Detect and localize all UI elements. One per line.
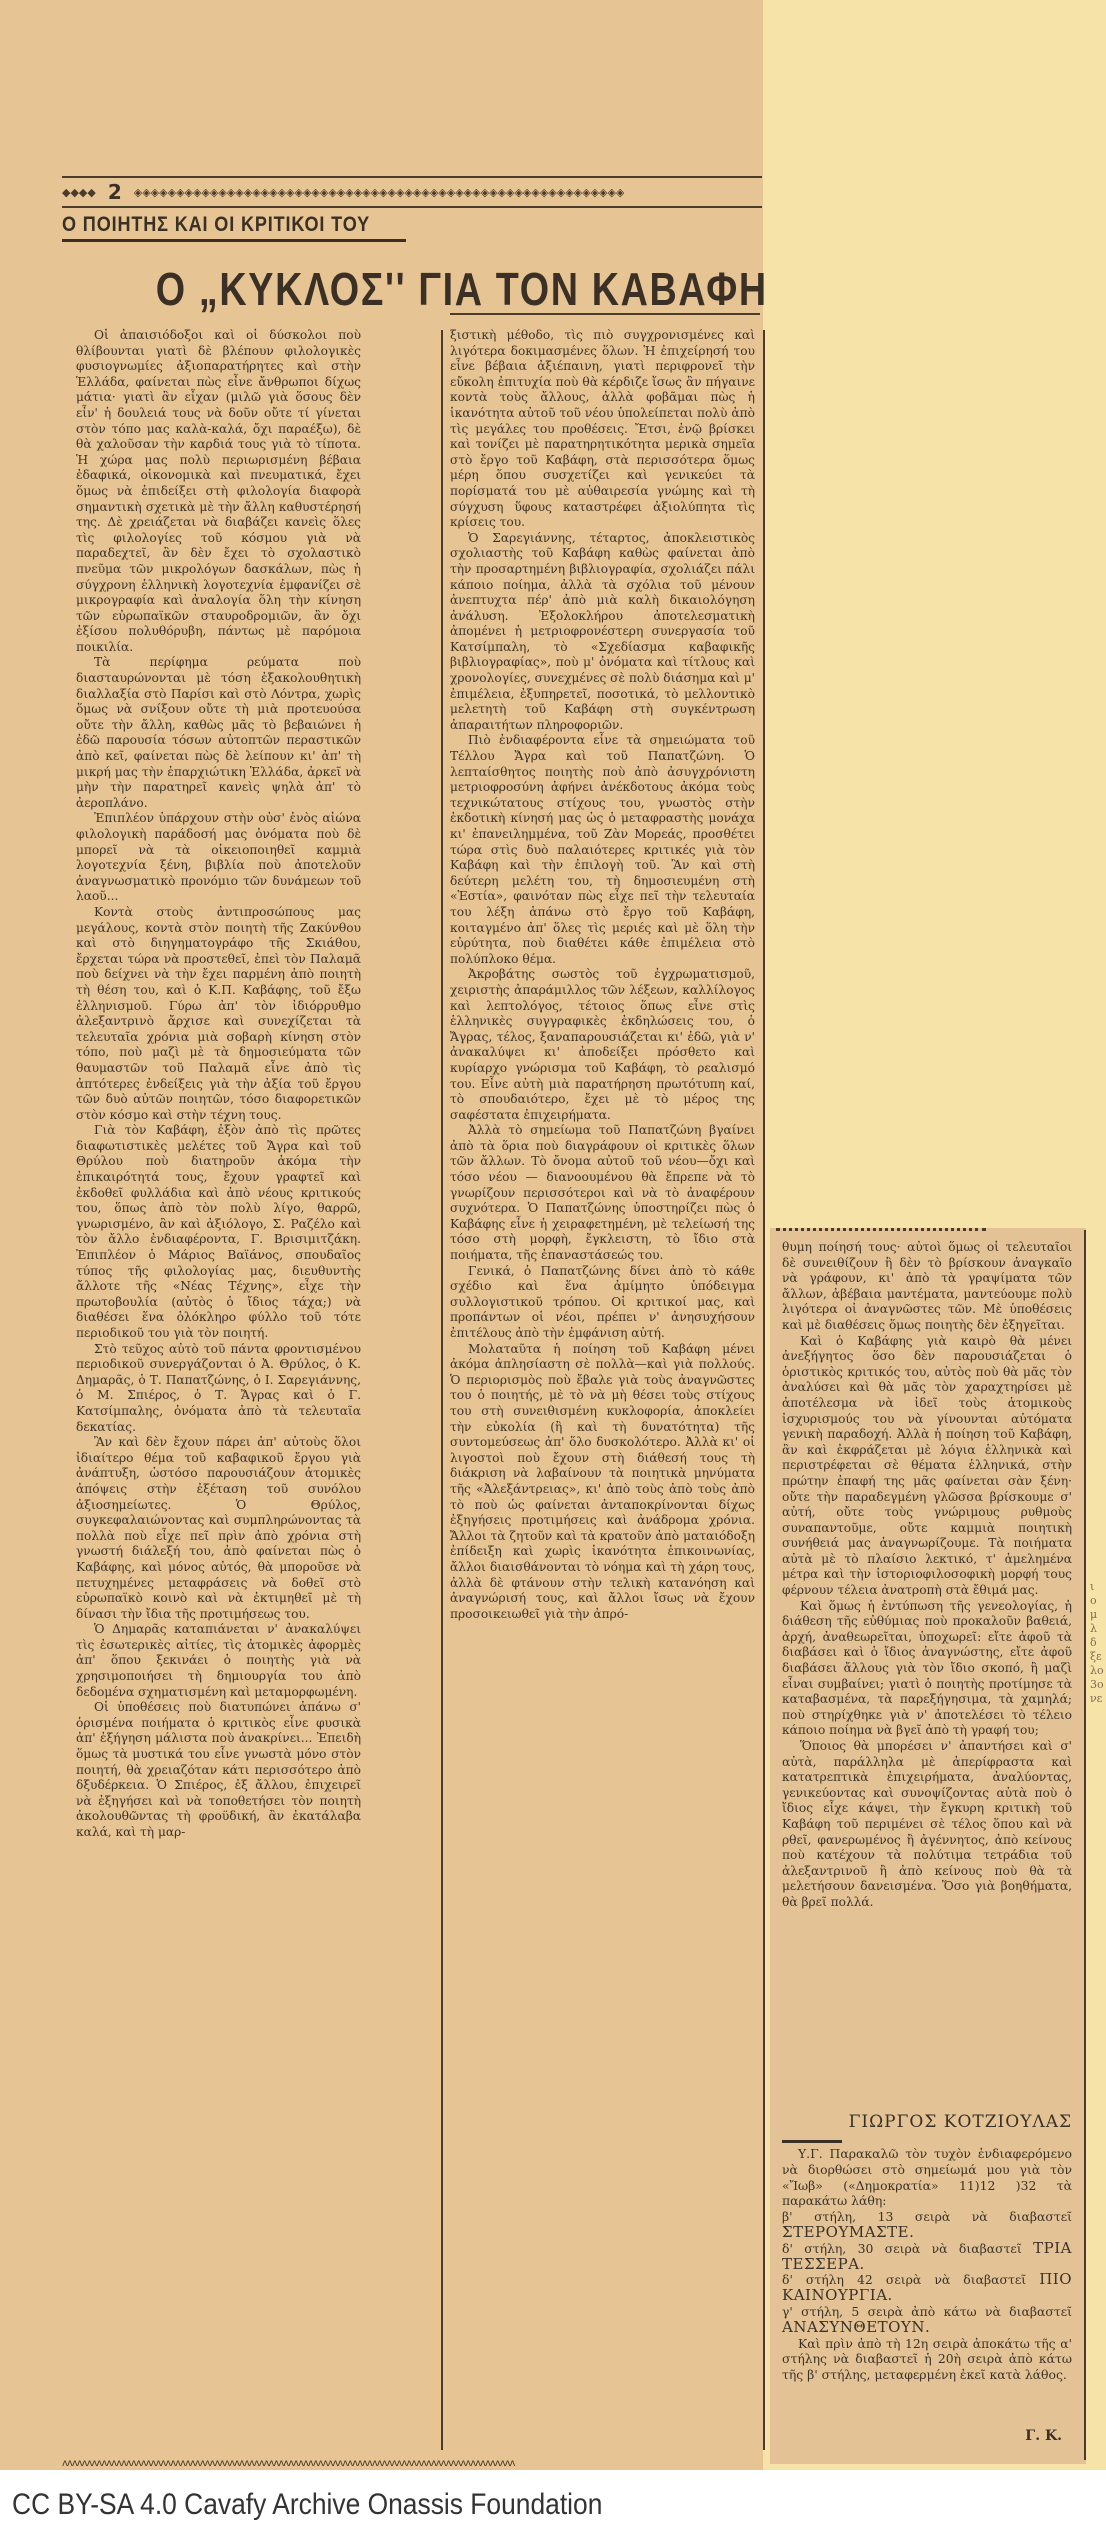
paragraph: Οἱ ὑποθέσεις ποὺ διατυπώνει ἀπάνω σ' ὁρι…	[76, 1700, 361, 1840]
article-column-1: Οἱ ἀπαισιόδοξοι καὶ οἱ δύσκολοι ποὺ θλίβ…	[76, 328, 361, 2448]
column3-right-border	[1084, 1230, 1086, 2460]
headline-rule	[450, 313, 760, 315]
section-kicker: Ο ΠΟΙΗΤΗΣ ΚΑΙ ΟΙ ΚΡΙΤΙΚΟΙ ΤΟΥ	[62, 213, 406, 242]
postscript-initials: Γ. Κ.	[782, 2428, 1062, 2444]
correction-word: ΑΝΑΣΥΝΘΕΤΟΥΝ.	[782, 2318, 930, 2336]
paragraph: Γενικά, ὁ Παπατζώνης δίνει ἀπὸ τὸ κάθε σ…	[450, 1264, 755, 1342]
paragraph: Καὶ ὁ Καβάφης γιὰ καιρὸ θὰ μένει ἀνεξήγη…	[782, 1334, 1072, 1599]
article-headline: Ο „ΚΥΚΛΟΣ'' ΓΙΑ ΤΟΝ ΚΑΒΑΦΗ	[156, 262, 664, 316]
paragraph: θυμη ποίησή τους· αὐτοὶ ὅμως οἱ τελευταῖ…	[782, 1240, 1072, 1334]
paragraph: Ὁ Σαρεγιάννης, τέταρτος, ἀποκλειστικὸς σ…	[450, 531, 755, 734]
signature-rule	[782, 2140, 842, 2143]
correction-ref: δ' στήλη, 30 σειρὰ νὰ διαβαστεῖ	[782, 2241, 1022, 2256]
column-divider	[763, 330, 765, 2450]
paragraph: Ἂν καὶ δὲν ἔχουν πάρει ἀπ' αὐτοὺς ὅλοι ἰ…	[76, 1435, 361, 1622]
correction-item: β' στήλη, 13 σειρὰ νὰ διαβαστεῖ ΣΤΕΡΟΥΜΑ…	[782, 2209, 1072, 2241]
postscript-intro: Υ.Γ. Παρακαλῶ τὸν τυχὸν ἐνδιαφερόμενο νὰ…	[782, 2146, 1072, 2209]
paragraph: Πιὸ ἐνδιαφέροντα εἶνε τὰ σημειώματα τοῦ …	[450, 733, 755, 967]
paragraph: Κοντὰ στοὺς ἀντιπροσώπους μας μεγάλους, …	[76, 905, 361, 1123]
paragraph: Γιὰ τὸν Καβάφη, ἐξὸν ἀπὸ τὶς πρῶτες διαφ…	[76, 1123, 361, 1341]
ornament-left-icon: ◆◆◆◆	[62, 186, 96, 199]
paragraph: Ἀλλὰ τὸ σημείωμα τοῦ Παπατζώνη βγαίνει ἀ…	[450, 1123, 755, 1263]
paragraph: Ἐπιπλέον ὑπάρχουν στὴν οὐσ' ἐνὸς αἰώνα φ…	[76, 811, 361, 905]
postscript: Υ.Γ. Παρακαλῶ τὸν τυχὸν ἐνδιαφερόμενο νὰ…	[782, 2146, 1072, 2383]
paragraph: Οἱ ἀπαισιόδοξοι καὶ οἱ δύσκολοι ποὺ θλίβ…	[76, 328, 361, 655]
license-credit: CC BY-SA 4.0 Cavafy Archive Onassis Foun…	[12, 2488, 602, 2522]
page-number: 2	[108, 180, 122, 204]
paragraph: Ὅποιος θὰ μπορέσει ν' ἀπαντήσει καὶ σ' α…	[782, 1739, 1072, 1911]
correction-word: ΣΤΕΡΟΥΜΑΣΤΕ.	[782, 2223, 914, 2241]
paragraph: Ἀκροβάτης σωστὸς τοῦ ἐγχρωματισμοῦ, χειρ…	[450, 967, 755, 1123]
paragraph: Μολαταῦτα ἡ ποίηση τοῦ Καβάφη μένει ἀκόμ…	[450, 1342, 755, 1623]
correction-ref: δ' στήλη 42 σειρὰ νὰ διαβαστεῖ	[782, 2272, 1026, 2287]
ornament-right-icon: ◈◈◈◈◈◈◈◈◈◈◈◈◈◈◈◈◈◈◈◈◈◈◈◈◈◈◈◈◈◈◈◈◈◈◈◈◈◈◈◈…	[134, 186, 625, 199]
paragraph: Καὶ ὅμως ἡ ἐντύπωση τῆς γενεολογίας, ἡ δ…	[782, 1599, 1072, 1739]
article-column-3: θυμη ποίησή τους· αὐτοὶ ὅμως οἱ τελευταῖ…	[782, 1240, 1072, 2110]
correction-item: γ' στήλη, 5 σειρὰ ἀπὸ κάτω νὰ διαβαστεῖ …	[782, 2304, 1072, 2336]
column-divider	[441, 330, 443, 2450]
postscript-closing: Καὶ πρὶν ἀπὸ τὴ 12η σειρὰ ἀποκάτω τῆς α'…	[782, 2336, 1072, 2383]
paragraph: Ὁ Δημαρᾶς καταπιάνεται ν' ἀνακαλύψει τὶς…	[76, 1622, 361, 1700]
paragraph: Τὰ περίφημα ρεύματα ποὺ διασταυρώνονται …	[76, 655, 361, 811]
article-column-2: ξιστικὴ μέθοδο, τὶς πιὸ συγχρονισμένες κ…	[450, 328, 755, 2448]
correction-ref: β' στήλη, 13 σειρὰ νὰ διαβαστεῖ	[782, 2209, 1072, 2224]
column3-top-rule	[776, 1228, 986, 1234]
paragraph: ξιστικὴ μέθοδο, τὶς πιὸ συγχρονισμένες κ…	[450, 328, 755, 531]
correction-ref: γ' στήλη, 5 σειρὰ ἀπὸ κάτω νὰ διαβαστεῖ	[782, 2304, 1072, 2319]
paragraph: Στὸ τεῦχος αὐτὸ τοῦ πάντα φροντισμένου π…	[76, 1342, 361, 1436]
bottom-zigzag-border: ʌʌʌʌʌʌʌʌʌʌʌʌʌʌʌʌʌʌʌʌʌʌʌʌʌʌʌʌʌʌʌʌʌʌʌʌʌʌʌʌ…	[62, 2460, 702, 2468]
correction-item: δ' στήλη, 30 σειρὰ νὰ διαβαστεῖ ΤΡΙΑ ΤΕΣ…	[782, 2241, 1072, 2273]
margin-marks: ι ο μ λ δ ξε λο 3ο νε	[1090, 1580, 1104, 1706]
author-signature: ΓΙΩΡΓΟΣ ΚΟΤΖΙΟΥΛΑΣ	[782, 2112, 1072, 2132]
page-header-band: ◆◆◆◆ 2 ◈◈◈◈◈◈◈◈◈◈◈◈◈◈◈◈◈◈◈◈◈◈◈◈◈◈◈◈◈◈◈◈◈…	[62, 176, 762, 208]
correction-item: δ' στήλη 42 σειρὰ νὰ διαβαστεῖ ΠΙΟ ΚΑΙΝΟ…	[782, 2272, 1072, 2304]
